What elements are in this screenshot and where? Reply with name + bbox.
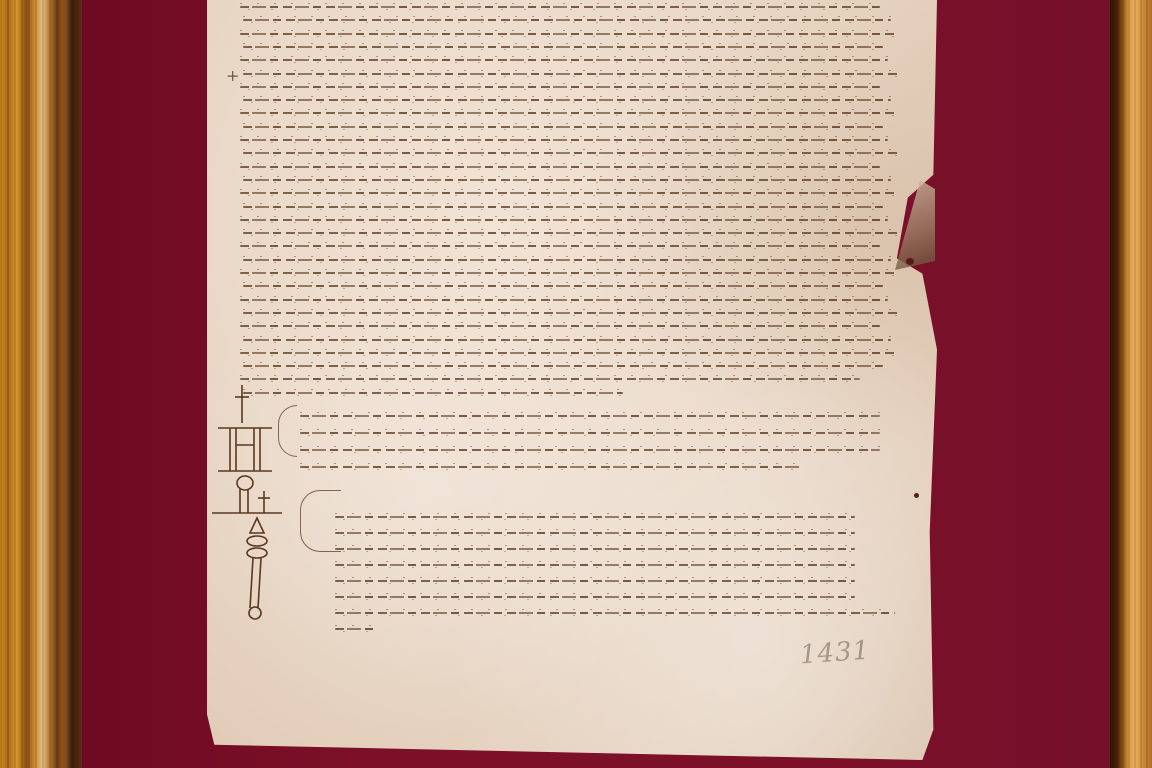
manuscript-line: [243, 339, 891, 341]
manuscript-line: [240, 192, 896, 194]
manuscript-line: [300, 415, 880, 417]
manuscript-line: [240, 219, 888, 221]
manuscript-line: [243, 46, 883, 48]
manuscript-line: [240, 139, 888, 141]
paragraph-brace: [300, 490, 341, 552]
parchment-hole: [906, 258, 914, 265]
manuscript-line: [240, 33, 896, 35]
manuscript-line: [335, 612, 895, 614]
manuscript-line: [243, 152, 899, 154]
manuscript-line: [240, 352, 896, 354]
manuscript-line: [335, 628, 375, 630]
manuscript-line: [243, 365, 883, 367]
manuscript-line: [243, 19, 891, 21]
paragraph-brace: [278, 405, 297, 457]
manuscript-line: [243, 206, 883, 208]
manuscript-line: [243, 285, 883, 287]
manuscript-line: [243, 312, 899, 314]
margin-cross-mark: +: [226, 66, 239, 85]
manuscript-line: [335, 596, 855, 598]
manuscript-line: [240, 325, 880, 327]
wooden-frame-right: [1110, 0, 1152, 768]
manuscript-line: [243, 392, 623, 394]
manuscript-line: [240, 6, 880, 8]
manuscript-line: [243, 179, 891, 181]
manuscript-line: [335, 532, 855, 534]
manuscript-line: [240, 272, 896, 274]
manuscript-line: [240, 86, 880, 88]
manuscript-line: [300, 449, 880, 451]
manuscript-line: [335, 580, 855, 582]
manuscript-line: [300, 432, 880, 434]
manuscript-line: [243, 99, 891, 101]
manuscript-line: [240, 59, 888, 61]
manuscript-line: [335, 548, 855, 550]
manuscript-line: [300, 466, 800, 468]
manuscript-line: [243, 259, 891, 261]
manuscript-line: [240, 299, 888, 301]
manuscript-line: [335, 516, 855, 518]
manuscript-line: [243, 73, 899, 75]
wooden-frame-left: [0, 0, 82, 768]
manuscript-line: [243, 232, 899, 234]
manuscript-line: [335, 564, 855, 566]
parchment-hole: [914, 493, 919, 498]
manuscript-line: [243, 126, 883, 128]
notarial-sign-icon: [212, 383, 282, 628]
manuscript-line: [240, 166, 880, 168]
year-annotation: 1431: [799, 636, 871, 671]
